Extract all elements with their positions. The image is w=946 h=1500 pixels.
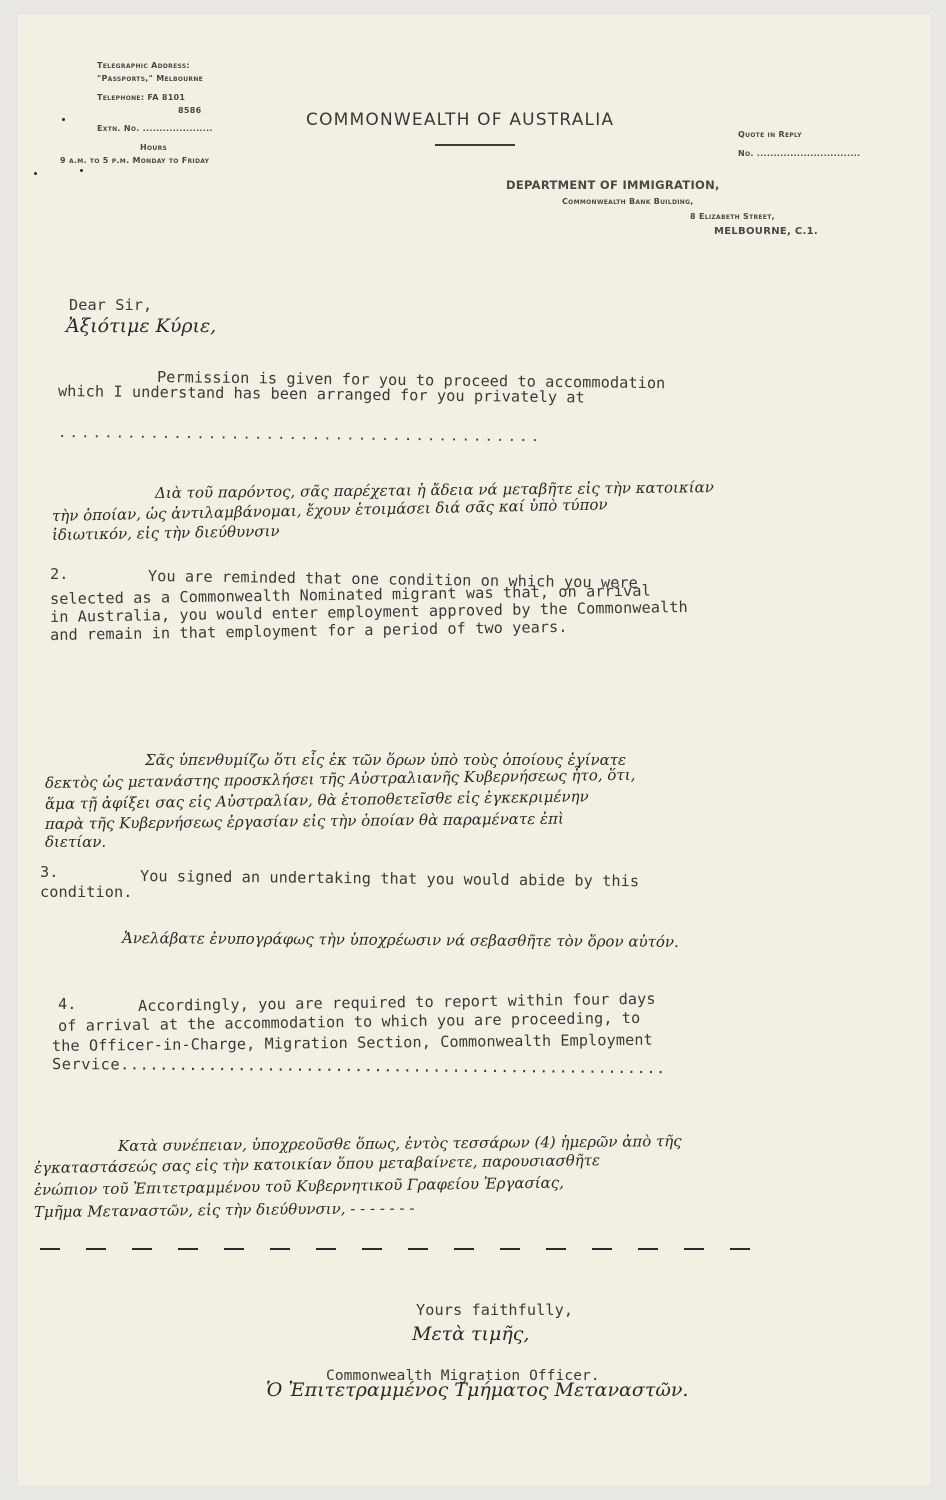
ink-speck bbox=[62, 118, 65, 121]
closing-greek: Μετὰ τιμῆς, bbox=[412, 1326, 529, 1342]
para3-line2: condition. bbox=[40, 884, 132, 900]
title-underline bbox=[435, 144, 515, 146]
para4-line4: Service.................................… bbox=[52, 1056, 666, 1076]
extension-number: Extn. No. ..................... bbox=[97, 124, 213, 133]
letterhead-title: COMMONWEALTH OF AUSTRALIA bbox=[306, 110, 614, 130]
telephone-number: Telephone: FA 8101 bbox=[97, 93, 185, 102]
hours-label: Hours bbox=[140, 143, 167, 152]
para3-greek: Ἀνελάβατε ἐνυπογράφως τὴν ὑποχρέωσιν νά … bbox=[122, 930, 679, 950]
handwritten-dash-line bbox=[40, 1248, 750, 1250]
para4-number: 4. bbox=[58, 996, 77, 1012]
quote-in-reply-number: No. ............................... bbox=[738, 149, 860, 158]
quote-in-reply-label: Quote in Reply bbox=[738, 130, 802, 139]
salutation-greek: Ἀξιότιμε Κύριε, bbox=[66, 318, 216, 334]
salutation: Dear Sir, bbox=[69, 297, 152, 313]
department-name: DEPARTMENT OF IMMIGRATION, bbox=[506, 178, 720, 192]
para3-number: 3. bbox=[40, 864, 59, 880]
telegraphic-address-label: Telegraphic Address: bbox=[97, 61, 190, 70]
para2-greek-line5: διετίαν. bbox=[45, 834, 106, 850]
signatory-title-greek: Ὁ Ἐπιτετραμμένος Τμήματος Μεταναστῶν. bbox=[266, 1382, 688, 1398]
hours-value: 9 a.m. to 5 p.m. Monday to Friday bbox=[60, 156, 209, 165]
telegraphic-address-value: "Passports," Melbourne bbox=[97, 74, 203, 83]
para2-number: 2. bbox=[50, 566, 69, 582]
department-building: Commonwealth Bank Building, bbox=[562, 197, 694, 206]
ink-speck bbox=[34, 172, 37, 175]
department-city: MELBOURNE, C.1. bbox=[714, 226, 818, 237]
ink-speck bbox=[80, 169, 83, 172]
para2-greek-line1: Σᾶς ὑπενθυμίζω ὅτι εἷς ἐκ τῶν ὅρων ὑπὸ τ… bbox=[145, 752, 626, 768]
closing: Yours faithfully, bbox=[416, 1302, 573, 1318]
telephone-alt-number: 8586 bbox=[178, 106, 201, 115]
para4-greek-line4: Τμῆμα Μεταναστῶν, εἰς τὴν διεύθυνσιν, - … bbox=[34, 1200, 415, 1220]
department-street: 8 Elizabeth Street, bbox=[690, 212, 775, 221]
para1-greek-line3: ἰδιωτικόν, εἰς τὴν διεύθυνσιν bbox=[52, 523, 280, 543]
